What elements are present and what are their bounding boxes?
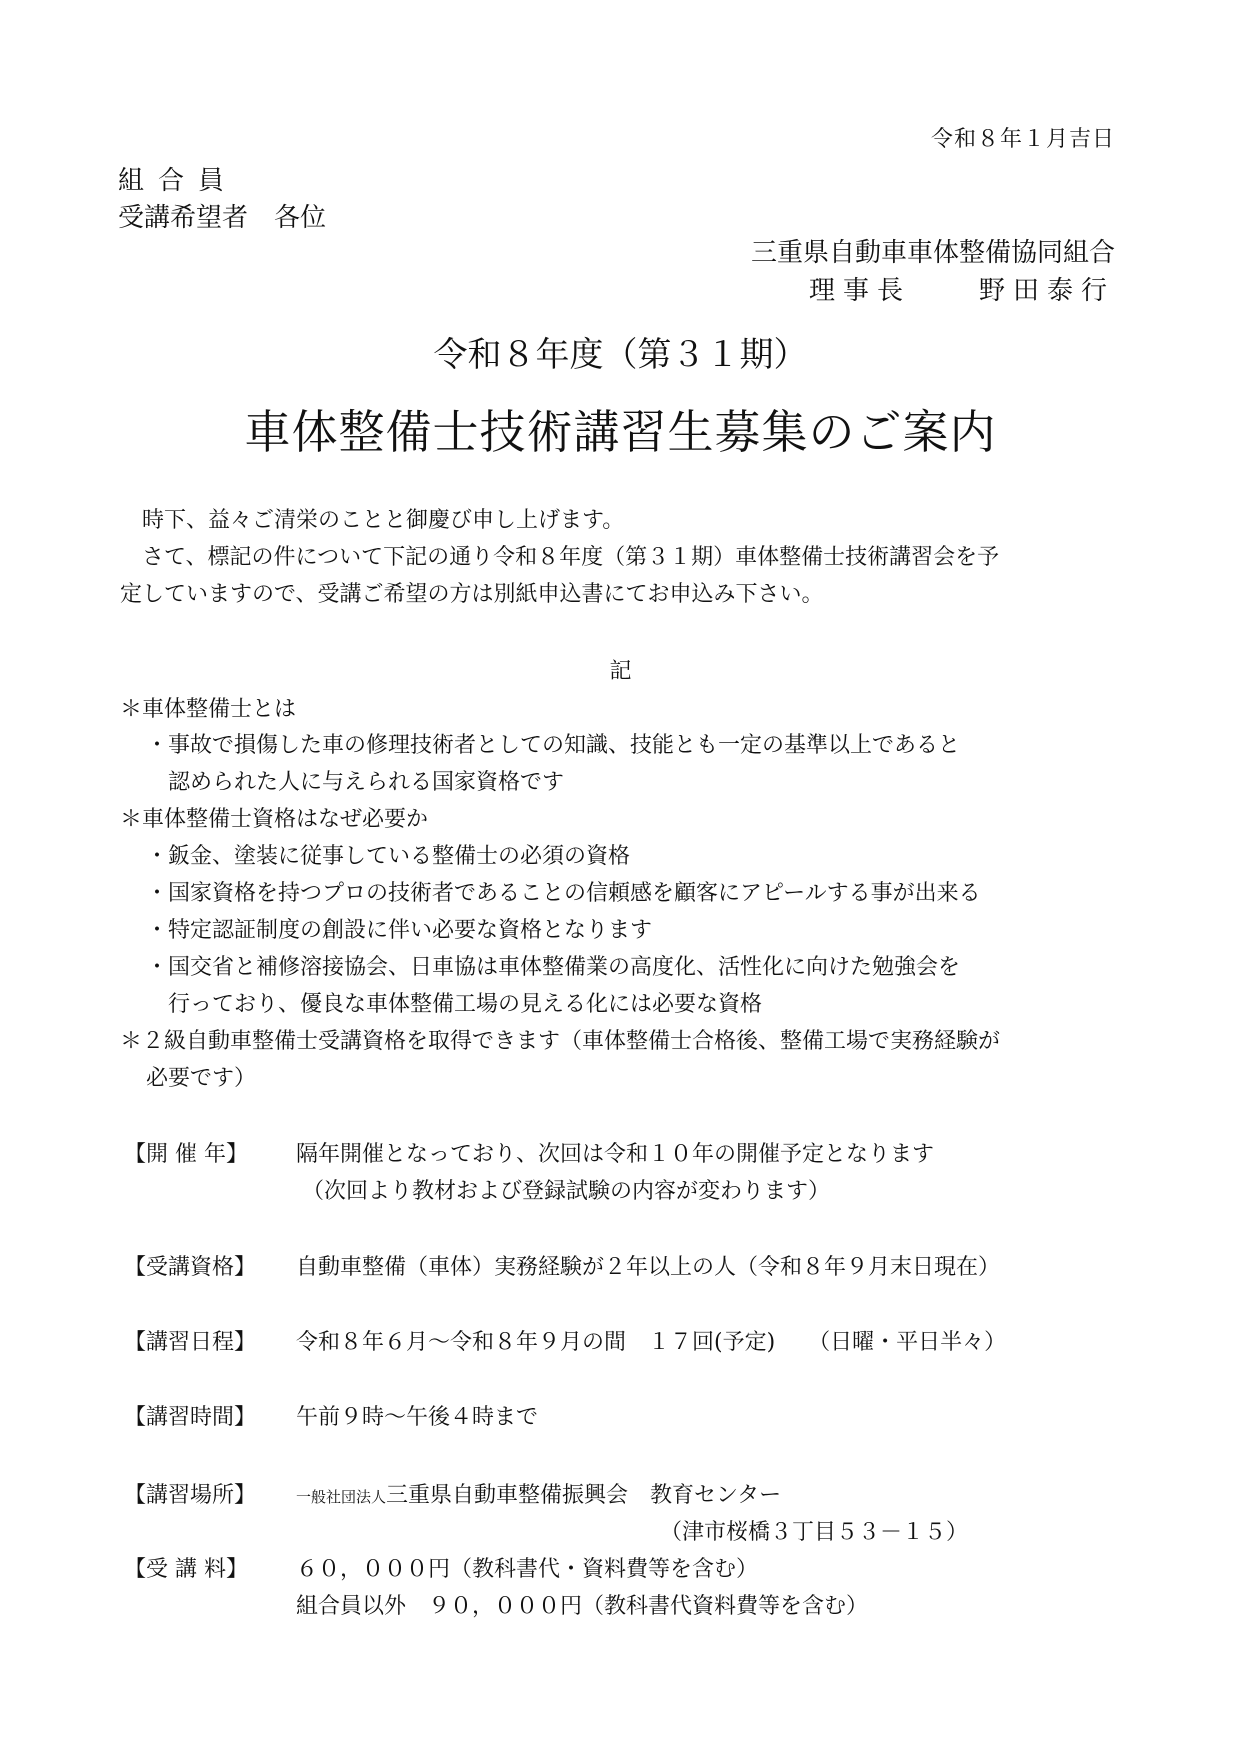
detail-label-year: 【開 催 年】 <box>124 1137 248 1168</box>
list-item: ・国家資格を持つプロの技術者であることの信頼感を顧客にアピールする事が出来る <box>146 876 981 907</box>
detail-note-year: （次回より教材および登録試験の内容が変わります） <box>302 1174 830 1205</box>
detail-label-time: 【講習時間】 <box>124 1400 256 1431</box>
intro-line-1: 時下、益々ご清栄のことと御慶び申し上げます。 <box>120 503 624 534</box>
section-heading: ＊車体整備士資格はなぜ必要か <box>120 802 428 833</box>
list-item: 行っており、優良な車体整備工場の見える化には必要な資格 <box>168 987 762 1018</box>
list-item: 必要です） <box>146 1061 256 1092</box>
intro-line-2: さて、標記の件について下記の通り令和８年度（第３１期）車体整備士技術講習会を予 <box>120 540 999 571</box>
list-item: ・国交省と補修溶接協会、日車協は車体整備業の高度化、活性化に向けた勉強会を <box>146 950 960 981</box>
detail-label-schedule: 【講習日程】 <box>124 1325 256 1356</box>
detail-label-place: 【講習場所】 <box>124 1478 256 1509</box>
list-item: ・特定認証制度の創設に伴い必要な資格となります <box>146 913 652 944</box>
intro-line-3: 定していますので、受講ご希望の方は別紙申込書にてお申込み下さい。 <box>120 577 824 608</box>
section-heading: ＊車体整備士とは <box>120 692 296 723</box>
detail-value-schedule: 令和８年６月～令和８年９月の間 １７回(予定) （日曜・平日半々） <box>296 1325 1006 1356</box>
place-prefix: 一般社団法人 <box>296 1488 386 1506</box>
sender-organization: 三重県自動車車体整備協同組合 <box>751 232 1115 269</box>
detail-value-place: 一般社団法人三重県自動車整備振興会 教育センター <box>296 1478 781 1509</box>
list-item: ・事故で損傷した車の修理技術者としての知識、技能とも一定の基準以上であると <box>146 728 960 759</box>
place-name: 三重県自動車整備振興会 教育センター <box>386 1483 781 1508</box>
detail-value-eligibility: 自動車整備（車体）実務経験が２年以上の人（令和８年９月末日現在） <box>296 1250 1000 1281</box>
section-heading: ＊２級自動車整備士受講資格を取得できます（車体整備士合格後、整備工場で実務経験が <box>120 1024 1000 1055</box>
document-subtitle: 令和８年度（第３１期） <box>0 327 1241 376</box>
detail-address-place: （津市桜橋３丁目５３－１５） <box>660 1515 968 1546</box>
detail-value-fee-member: ６０，０００円（教科書代・資料費等を含む） <box>296 1552 758 1583</box>
list-item: ・鈑金、塗装に従事している整備士の必須の資格 <box>146 839 630 870</box>
issue-date: 令和８年１月吉日 <box>931 122 1115 153</box>
sender-representative: 理事長 野田泰行 <box>809 270 1115 307</box>
document-title: 車体整備士技術講習生募集のご案内 <box>0 396 1241 462</box>
addressee-members: 組合員 <box>118 160 238 197</box>
ki-heading: 記 <box>0 654 1241 685</box>
detail-label-fee: 【受 講 料】 <box>124 1552 248 1583</box>
detail-value-fee-nonmember: 組合員以外 ９０，０００円（教科書代資料費等を含む） <box>296 1589 868 1620</box>
detail-value-time: 午前９時～午後４時まで <box>296 1400 538 1431</box>
addressee-applicants: 受講希望者 各位 <box>118 197 326 234</box>
detail-label-eligibility: 【受講資格】 <box>124 1250 256 1281</box>
list-item: 認められた人に与えられる国家資格です <box>168 765 564 796</box>
detail-value-year: 隔年開催となっており、次回は令和１０年の開催予定となります <box>296 1137 934 1168</box>
